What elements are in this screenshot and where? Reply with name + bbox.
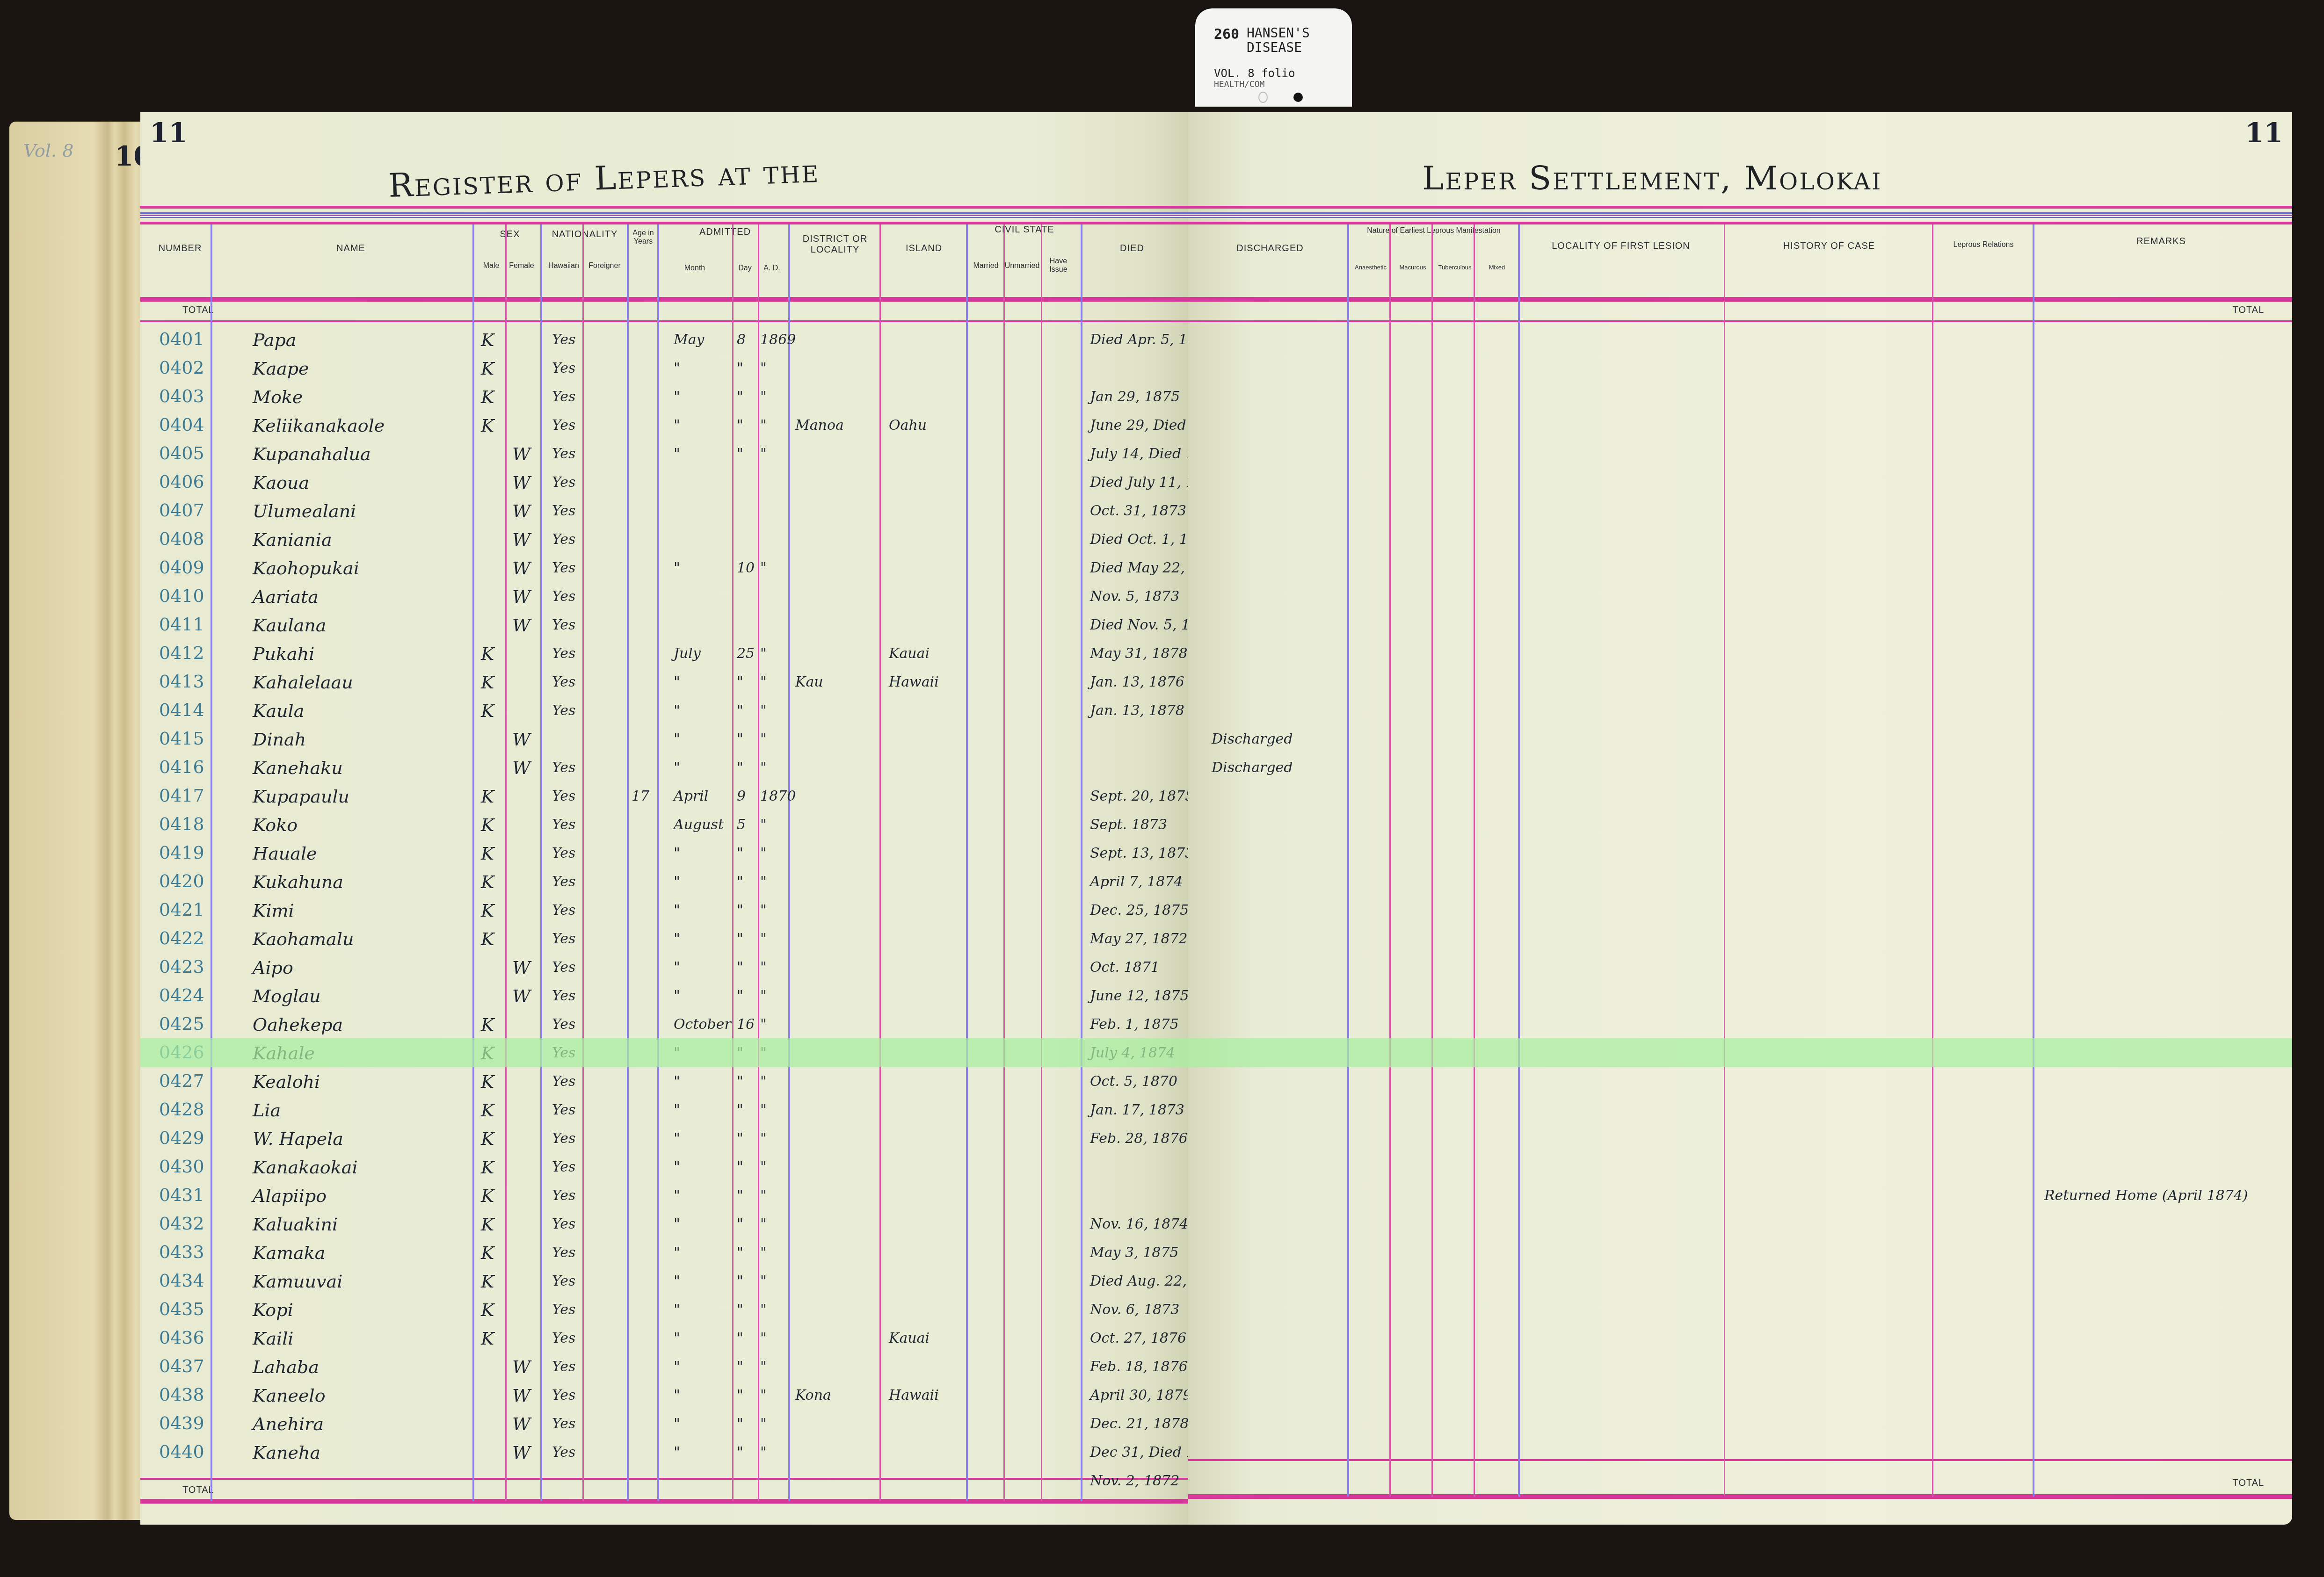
name-cell: Kahalelaau	[253, 672, 353, 693]
row-number: 0412	[159, 643, 204, 663]
admitted-day-cell: "	[737, 417, 743, 434]
admitted-month-cell: "	[674, 389, 680, 405]
island-cell: Kauai	[889, 1330, 930, 1346]
admitted-month-cell: "	[674, 1102, 680, 1118]
admitted-day-cell: "	[737, 1130, 743, 1147]
header-married: Married	[968, 262, 1003, 270]
discharged-cell: Discharged	[1212, 731, 1293, 747]
age-cell: 17	[632, 788, 649, 804]
row-number: 0438	[159, 1384, 204, 1405]
male-cell: K	[481, 387, 494, 407]
archive-tag: 260 HANSEN'S DISEASE VOL. 8 folio HEALTH…	[1195, 8, 1352, 107]
table-row: 0409KaohopukaiWYes"10"Died May 22, 18..	[140, 553, 1188, 581]
table-row: 0418KokoKYesAugust5"Sept. 1873	[140, 810, 1188, 838]
footer-bottom-rule	[140, 1499, 1188, 1504]
table-row: 0402KaapeKYes"""	[140, 354, 1188, 382]
hawaiian-cell: Yes	[552, 760, 575, 776]
table-row	[1188, 1409, 2292, 1437]
admitted-month-cell: "	[674, 959, 680, 976]
name-cell: Kimi	[253, 900, 294, 921]
name-cell: Kaoua	[253, 472, 309, 493]
table-row: 0425OahekepaKYesOctober16"Feb. 1, 1875	[140, 1010, 1188, 1038]
name-cell: Moglau	[253, 986, 320, 1006]
name-cell: Kamaka	[253, 1243, 325, 1263]
hawaiian-cell: Yes	[552, 360, 575, 376]
male-cell: K	[481, 358, 494, 379]
table-row	[1188, 1124, 2292, 1152]
male-cell: K	[481, 1214, 494, 1235]
hawaiian-cell: Yes	[552, 1016, 575, 1033]
admitted-month-cell: "	[674, 1216, 680, 1232]
table-row: 0415DinahW"""	[140, 724, 1188, 752]
admitted-day-cell: "	[737, 1187, 743, 1204]
died-cell: Nov. 6, 1873	[1090, 1302, 1179, 1318]
table-row	[1188, 553, 2292, 581]
header-bottom-rule	[1188, 297, 2292, 302]
hawaiian-cell: Yes	[552, 446, 575, 462]
admitted-day-cell: "	[737, 1416, 743, 1432]
island-cell: Hawaii	[889, 1387, 939, 1403]
header-first-lesion: Locality of First Lesion	[1520, 241, 1721, 252]
row-number: 0401	[159, 329, 204, 349]
hawaiian-cell: Yes	[552, 931, 575, 947]
tag-number: 260	[1214, 26, 1239, 43]
male-cell: K	[481, 644, 494, 664]
admitted-year-cell: "	[760, 817, 767, 833]
table-row	[1188, 610, 2292, 638]
died-trailing-note: Nov. 2, 1872	[1090, 1473, 1179, 1489]
header-anaesthetic: Anaesthetic	[1350, 264, 1392, 271]
admitted-day-cell: 25	[737, 645, 755, 662]
died-cell: Jan. 17, 1873	[1090, 1102, 1184, 1118]
died-cell: Oct. 31, 1873	[1090, 503, 1186, 519]
header-month: Month	[660, 264, 730, 273]
hawaiian-cell: Yes	[552, 474, 575, 491]
table-row	[1188, 839, 2292, 867]
male-cell: K	[481, 929, 494, 949]
hawaiian-cell: Yes	[552, 959, 575, 976]
name-cell: Anehira	[253, 1414, 324, 1434]
admitted-year-cell: "	[760, 674, 767, 690]
female-cell: W	[512, 957, 530, 978]
total-label-top-right: TOTAL	[2232, 305, 2264, 316]
row-number: 0424	[159, 985, 204, 1006]
hawaiian-cell: Yes	[552, 1187, 575, 1204]
table-row: 0430KanakaokaiKYes"""	[140, 1152, 1188, 1180]
male-cell: K	[481, 1186, 494, 1206]
admitted-year-cell: "	[760, 360, 767, 376]
admitted-day-cell: 9	[737, 788, 746, 804]
hawaiian-cell: Yes	[552, 332, 575, 348]
admitted-year-cell: "	[760, 988, 767, 1004]
row-number: 0421	[159, 899, 204, 920]
header-unmarried: Unmarried	[1003, 262, 1041, 270]
name-cell: Lahaba	[253, 1357, 319, 1377]
admitted-day-cell: "	[737, 1244, 743, 1261]
table-row: 0433KamakaKYes"""May 3, 1875	[140, 1238, 1188, 1266]
header-discharged: Discharged	[1198, 243, 1343, 254]
table-row: 0403MokeKYes"""Jan 29, 1875	[140, 382, 1188, 410]
name-cell: Pukahi	[253, 644, 314, 664]
row-number: 0427	[159, 1071, 204, 1091]
admitted-month-cell: "	[674, 1302, 680, 1318]
admitted-day-cell: "	[737, 1159, 743, 1175]
header-have-issue: Have Issue	[1041, 257, 1076, 275]
died-cell: Jan 29, 1875	[1090, 389, 1180, 405]
hawaiian-cell: Yes	[552, 389, 575, 405]
hawaiian-cell: Yes	[552, 645, 575, 662]
admitted-year-cell: "	[760, 560, 767, 576]
admitted-month-cell: "	[674, 1359, 680, 1375]
admitted-month-cell: "	[674, 1244, 680, 1261]
table-row: 0434KamuuvaiKYes"""Died Aug. 22, 18..	[140, 1266, 1188, 1295]
table-row	[1188, 1209, 2292, 1237]
header-ad: A. D.	[758, 264, 786, 273]
admitted-month-cell: "	[674, 1187, 680, 1204]
hawaiian-cell: Yes	[552, 1416, 575, 1432]
row-number: 0439	[159, 1413, 204, 1433]
row-number: 0434	[159, 1270, 204, 1291]
admitted-day-cell: 10	[737, 560, 755, 576]
admitted-day-cell: "	[737, 1273, 743, 1289]
admitted-month-cell: "	[674, 760, 680, 776]
admitted-year-cell: "	[760, 1387, 767, 1403]
header-admitted: Admitted	[660, 227, 791, 238]
row-number: 0432	[159, 1213, 204, 1234]
hawaiian-cell: Yes	[552, 503, 575, 519]
hawaiian-cell: Yes	[552, 417, 575, 434]
row-number: 0413	[159, 671, 204, 692]
row-number: 0403	[159, 386, 204, 406]
header-foreigner: Foreigner	[582, 262, 627, 270]
admitted-year-cell: "	[760, 931, 767, 947]
admitted-year-cell: "	[760, 731, 767, 747]
row-number: 0408	[159, 528, 204, 549]
male-cell: K	[481, 1300, 494, 1320]
female-cell: W	[512, 1357, 530, 1377]
table-row: 0428LiaKYes"""Jan. 17, 1873	[140, 1095, 1188, 1123]
name-cell: Kaape	[253, 358, 309, 379]
name-cell: Kamuuvai	[253, 1271, 342, 1292]
row-number: 0414	[159, 700, 204, 720]
table-row	[1188, 1438, 2292, 1466]
admitted-month-cell: "	[674, 446, 680, 462]
total-rule	[140, 320, 1188, 322]
table-row	[1188, 1324, 2292, 1352]
male-cell: K	[481, 843, 494, 864]
admitted-month-cell: "	[674, 845, 680, 861]
header-district: District or Locality	[791, 234, 879, 255]
table-row	[1188, 1352, 2292, 1380]
row-number: 0440	[159, 1441, 204, 1462]
admitted-day-cell: "	[737, 674, 743, 690]
admitted-month-cell: May	[674, 332, 704, 348]
table-row	[1188, 411, 2292, 439]
admitted-day-cell: "	[737, 760, 743, 776]
hawaiian-cell: Yes	[552, 674, 575, 690]
table-row	[1188, 1238, 2292, 1266]
male-cell: K	[481, 815, 494, 835]
female-cell: W	[512, 558, 530, 579]
died-cell: May 27, 1872	[1090, 931, 1188, 947]
name-cell: Dinah	[253, 729, 306, 750]
island-cell: Kauai	[889, 645, 930, 662]
admitted-year-cell: "	[760, 1130, 767, 1147]
table-row: 0440KanehaWYes"""Dec 31, Died 1878	[140, 1438, 1188, 1466]
admitted-day-cell: "	[737, 360, 743, 376]
header-nationality: Nationality	[543, 229, 627, 240]
male-cell: K	[481, 1243, 494, 1263]
admitted-month-cell: April	[674, 788, 708, 804]
died-cell: April 30, 1879	[1090, 1387, 1192, 1403]
table-row	[1188, 867, 2292, 895]
table-row: Discharged	[1188, 724, 2292, 752]
admitted-month-cell: "	[674, 1130, 680, 1147]
table-row	[1188, 1095, 2292, 1123]
admitted-month-cell: "	[674, 417, 680, 434]
tag-hole	[1293, 93, 1303, 102]
right-page: 11 Leper Settlement, Molokai Discharged …	[1188, 112, 2292, 1525]
female-cell: W	[512, 501, 530, 521]
header-history: History of Case	[1726, 241, 1932, 252]
died-cell: April 7, 1874	[1090, 874, 1183, 890]
table-row: 0423AipoWYes"""Oct. 1871	[140, 953, 1188, 981]
header-rule-band	[1188, 206, 2292, 224]
name-cell: Koko	[253, 815, 298, 835]
admitted-year-cell: "	[760, 1416, 767, 1432]
table-row: 0439AnehiraWYes"""Dec. 21, 1878	[140, 1409, 1188, 1437]
table-row: 0432KaluakiniKYes"""Nov. 16, 1874	[140, 1209, 1188, 1237]
admitted-month-cell: "	[674, 1073, 680, 1090]
male-cell: K	[481, 1128, 494, 1149]
name-cell: Aariata	[253, 586, 319, 607]
admitted-day-cell: 16	[737, 1016, 755, 1033]
male-cell: K	[481, 1100, 494, 1121]
footer-rule	[140, 1478, 1188, 1480]
header-rule-band	[140, 206, 1188, 224]
hawaiian-cell: Yes	[552, 1216, 575, 1232]
hawaiian-cell: Yes	[552, 560, 575, 576]
table-row: 0424MoglauWYes"""June 12, 1875	[140, 981, 1188, 1009]
table-row: 0431AlapiipoKYes"""	[140, 1181, 1188, 1209]
name-cell: Kupapaulu	[253, 786, 349, 807]
male-cell: K	[481, 701, 494, 721]
row-number: 0411	[159, 614, 204, 635]
row-number: 0409	[159, 557, 204, 578]
table-row	[1188, 810, 2292, 838]
table-row	[1188, 439, 2292, 467]
row-number: 0419	[159, 842, 204, 863]
table-row	[1188, 1295, 2292, 1323]
admitted-month-cell: "	[674, 1273, 680, 1289]
admitted-day-cell: "	[737, 1330, 743, 1346]
name-cell: Kaulana	[253, 615, 326, 636]
hawaiian-cell: Yes	[552, 1359, 575, 1375]
male-cell: K	[481, 415, 494, 436]
table-row: 0401PapaKYesMay81869Died Apr. 5, 18..	[140, 325, 1188, 353]
died-cell: Nov. 5, 1873	[1090, 588, 1179, 605]
hawaiian-cell: Yes	[552, 788, 575, 804]
hawaiian-cell: Yes	[552, 902, 575, 919]
row-number: 0417	[159, 785, 204, 806]
left-page-title: Register of Lepers at the	[388, 152, 820, 205]
table-row	[1188, 325, 2292, 353]
name-cell: Kukahuna	[253, 872, 343, 892]
district-cell: Manoa	[795, 417, 844, 434]
admitted-year-cell: "	[760, 1187, 767, 1204]
admitted-month-cell: "	[674, 874, 680, 890]
name-cell: Kaneha	[253, 1442, 320, 1463]
table-row: 0422KaohamaluKYes"""May 27, 1872	[140, 924, 1188, 952]
admitted-year-cell: "	[760, 417, 767, 434]
table-row: 0436KailiKYes"""KauaiOct. 27, 1876	[140, 1324, 1188, 1352]
spine-note: Vol. 8	[23, 140, 73, 161]
name-cell: Kupanahalua	[253, 444, 371, 464]
died-cell: June 12, 1875	[1090, 988, 1189, 1004]
admitted-year-cell: "	[760, 902, 767, 919]
table-row: 0416KanehakuWYes"""	[140, 753, 1188, 781]
name-cell: Kaula	[253, 701, 304, 721]
hawaiian-cell: Yes	[552, 1130, 575, 1147]
hawaiian-cell: Yes	[552, 617, 575, 633]
admitted-day-cell: "	[737, 1102, 743, 1118]
table-row	[1188, 1152, 2292, 1180]
table-row: Returned Home (April 1874)	[1188, 1181, 2292, 1209]
admitted-month-cell: "	[674, 731, 680, 747]
header-mixed: Mixed	[1476, 264, 1518, 271]
admitted-month-cell: October	[674, 1016, 731, 1033]
table-row	[1188, 924, 2292, 952]
row-number: 0407	[159, 500, 204, 521]
female-cell: W	[512, 472, 530, 493]
admitted-day-cell: "	[737, 959, 743, 976]
tag-subject: HANSEN'S DISEASE	[1247, 26, 1340, 55]
admitted-day-cell: "	[737, 1073, 743, 1090]
admitted-day-cell: "	[737, 874, 743, 890]
total-label-top: TOTAL	[182, 305, 214, 316]
female-cell: W	[512, 986, 530, 1006]
district-cell: Kau	[795, 674, 823, 690]
admitted-month-cell: August	[674, 817, 724, 833]
male-cell: K	[481, 786, 494, 807]
admitted-day-cell: "	[737, 931, 743, 947]
admitted-month-cell: "	[674, 1330, 680, 1346]
hawaiian-cell: Yes	[552, 1102, 575, 1118]
died-cell: Dec. 25, 1875	[1090, 902, 1189, 919]
female-cell: W	[512, 529, 530, 550]
female-cell: W	[512, 444, 530, 464]
male-cell: K	[481, 672, 494, 693]
header-bottom-rule	[140, 297, 1188, 302]
died-cell: Sept. 13, 1873	[1090, 845, 1194, 861]
admitted-month-cell: "	[674, 560, 680, 576]
hawaiian-cell: Yes	[552, 1159, 575, 1175]
table-row: 0435KopiKYes"""Nov. 6, 1873	[140, 1295, 1188, 1323]
header-remarks: Remarks	[2035, 236, 2288, 247]
admitted-month-cell: "	[674, 931, 680, 947]
admitted-month-cell: "	[674, 360, 680, 376]
name-cell: Kaneelo	[253, 1385, 326, 1406]
table-row	[1188, 1266, 2292, 1295]
female-cell: W	[512, 615, 530, 636]
died-cell: Oct. 27, 1876	[1090, 1330, 1186, 1346]
row-number: 0404	[159, 414, 204, 435]
name-cell: Kaohamalu	[253, 929, 354, 949]
female-cell: W	[512, 1442, 530, 1463]
died-cell: Feb. 18, 1876	[1090, 1359, 1188, 1375]
admitted-day-cell: 8	[737, 332, 746, 348]
died-cell: Feb. 28, 1876	[1090, 1130, 1188, 1147]
header-female: Female	[505, 262, 538, 270]
name-cell: Moke	[253, 387, 303, 407]
admitted-year-cell: "	[760, 702, 767, 719]
hawaiian-cell: Yes	[552, 1444, 575, 1461]
died-cell: Sept. 1873	[1090, 817, 1167, 833]
table-row: 0437LahabaWYes"""Feb. 18, 1876	[140, 1352, 1188, 1380]
table-row	[1188, 696, 2292, 724]
page-edges: Vol. 8 10	[9, 122, 150, 1520]
died-cell: Dec. 21, 1878	[1090, 1416, 1189, 1432]
table-row: 0411KaulanaWYesDied Nov. 5, 18..	[140, 610, 1188, 638]
header-hawaiian: Hawaiian	[543, 262, 585, 270]
table-row	[1188, 896, 2292, 924]
admitted-year-cell: "	[760, 446, 767, 462]
remarks-cell: Returned Home (April 1874)	[2044, 1187, 2248, 1204]
table-row: 0414KaulaKYes"""Jan. 13, 1878	[140, 696, 1188, 724]
table-row	[1188, 1381, 2292, 1409]
died-cell: Sept. 20, 1875	[1090, 788, 1194, 804]
table-row	[1188, 382, 2292, 410]
admitted-month-cell: "	[674, 1159, 680, 1175]
admitted-month-cell: "	[674, 1416, 680, 1432]
hawaiian-cell: Yes	[552, 1387, 575, 1403]
table-row	[1188, 953, 2292, 981]
table-row	[1188, 1010, 2292, 1038]
table-row: 0407UlumealaniWYesOct. 31, 1873	[140, 496, 1188, 524]
admitted-day-cell: "	[737, 902, 743, 919]
admitted-year-cell: "	[760, 1073, 767, 1090]
male-cell: K	[481, 900, 494, 921]
admitted-day-cell: "	[737, 1302, 743, 1318]
name-cell: Papa	[253, 330, 297, 350]
admitted-year-cell: "	[760, 1330, 767, 1346]
right-page-number: 11	[2245, 117, 2283, 149]
female-cell: W	[512, 729, 530, 750]
admitted-day-cell: "	[737, 1444, 743, 1461]
table-row: 0412PukahiKYesJuly25"KauaiMay 31, 1878	[140, 639, 1188, 667]
header-name: Name	[229, 243, 472, 254]
row-number: 0430	[159, 1156, 204, 1177]
total-rule	[1188, 320, 2292, 322]
admitted-year-cell: "	[760, 1102, 767, 1118]
admitted-month-cell: "	[674, 988, 680, 1004]
header-died: Died	[1085, 243, 1179, 254]
hawaiian-cell: Yes	[552, 874, 575, 890]
header-age: Age in Years	[629, 229, 657, 246]
died-cell: Oct. 1871	[1090, 959, 1160, 976]
name-cell: Kaili	[253, 1328, 294, 1349]
table-row: Discharged	[1188, 753, 2292, 781]
header-number: Number	[150, 243, 211, 254]
admitted-year-cell: "	[760, 1016, 767, 1033]
table-row: 0410AariataWYesNov. 5, 1873	[140, 582, 1188, 610]
header-sex: Sex	[477, 229, 543, 240]
admitted-year-cell: "	[760, 760, 767, 776]
ledger-book: Vol. 8 10 11 Register of Lepers at the N…	[9, 112, 2292, 1525]
name-cell: Kaniania	[253, 529, 332, 550]
table-row: 0405KupanahaluaWYes"""July 14, Died 1872	[140, 439, 1188, 467]
admitted-day-cell: 5	[737, 817, 746, 833]
